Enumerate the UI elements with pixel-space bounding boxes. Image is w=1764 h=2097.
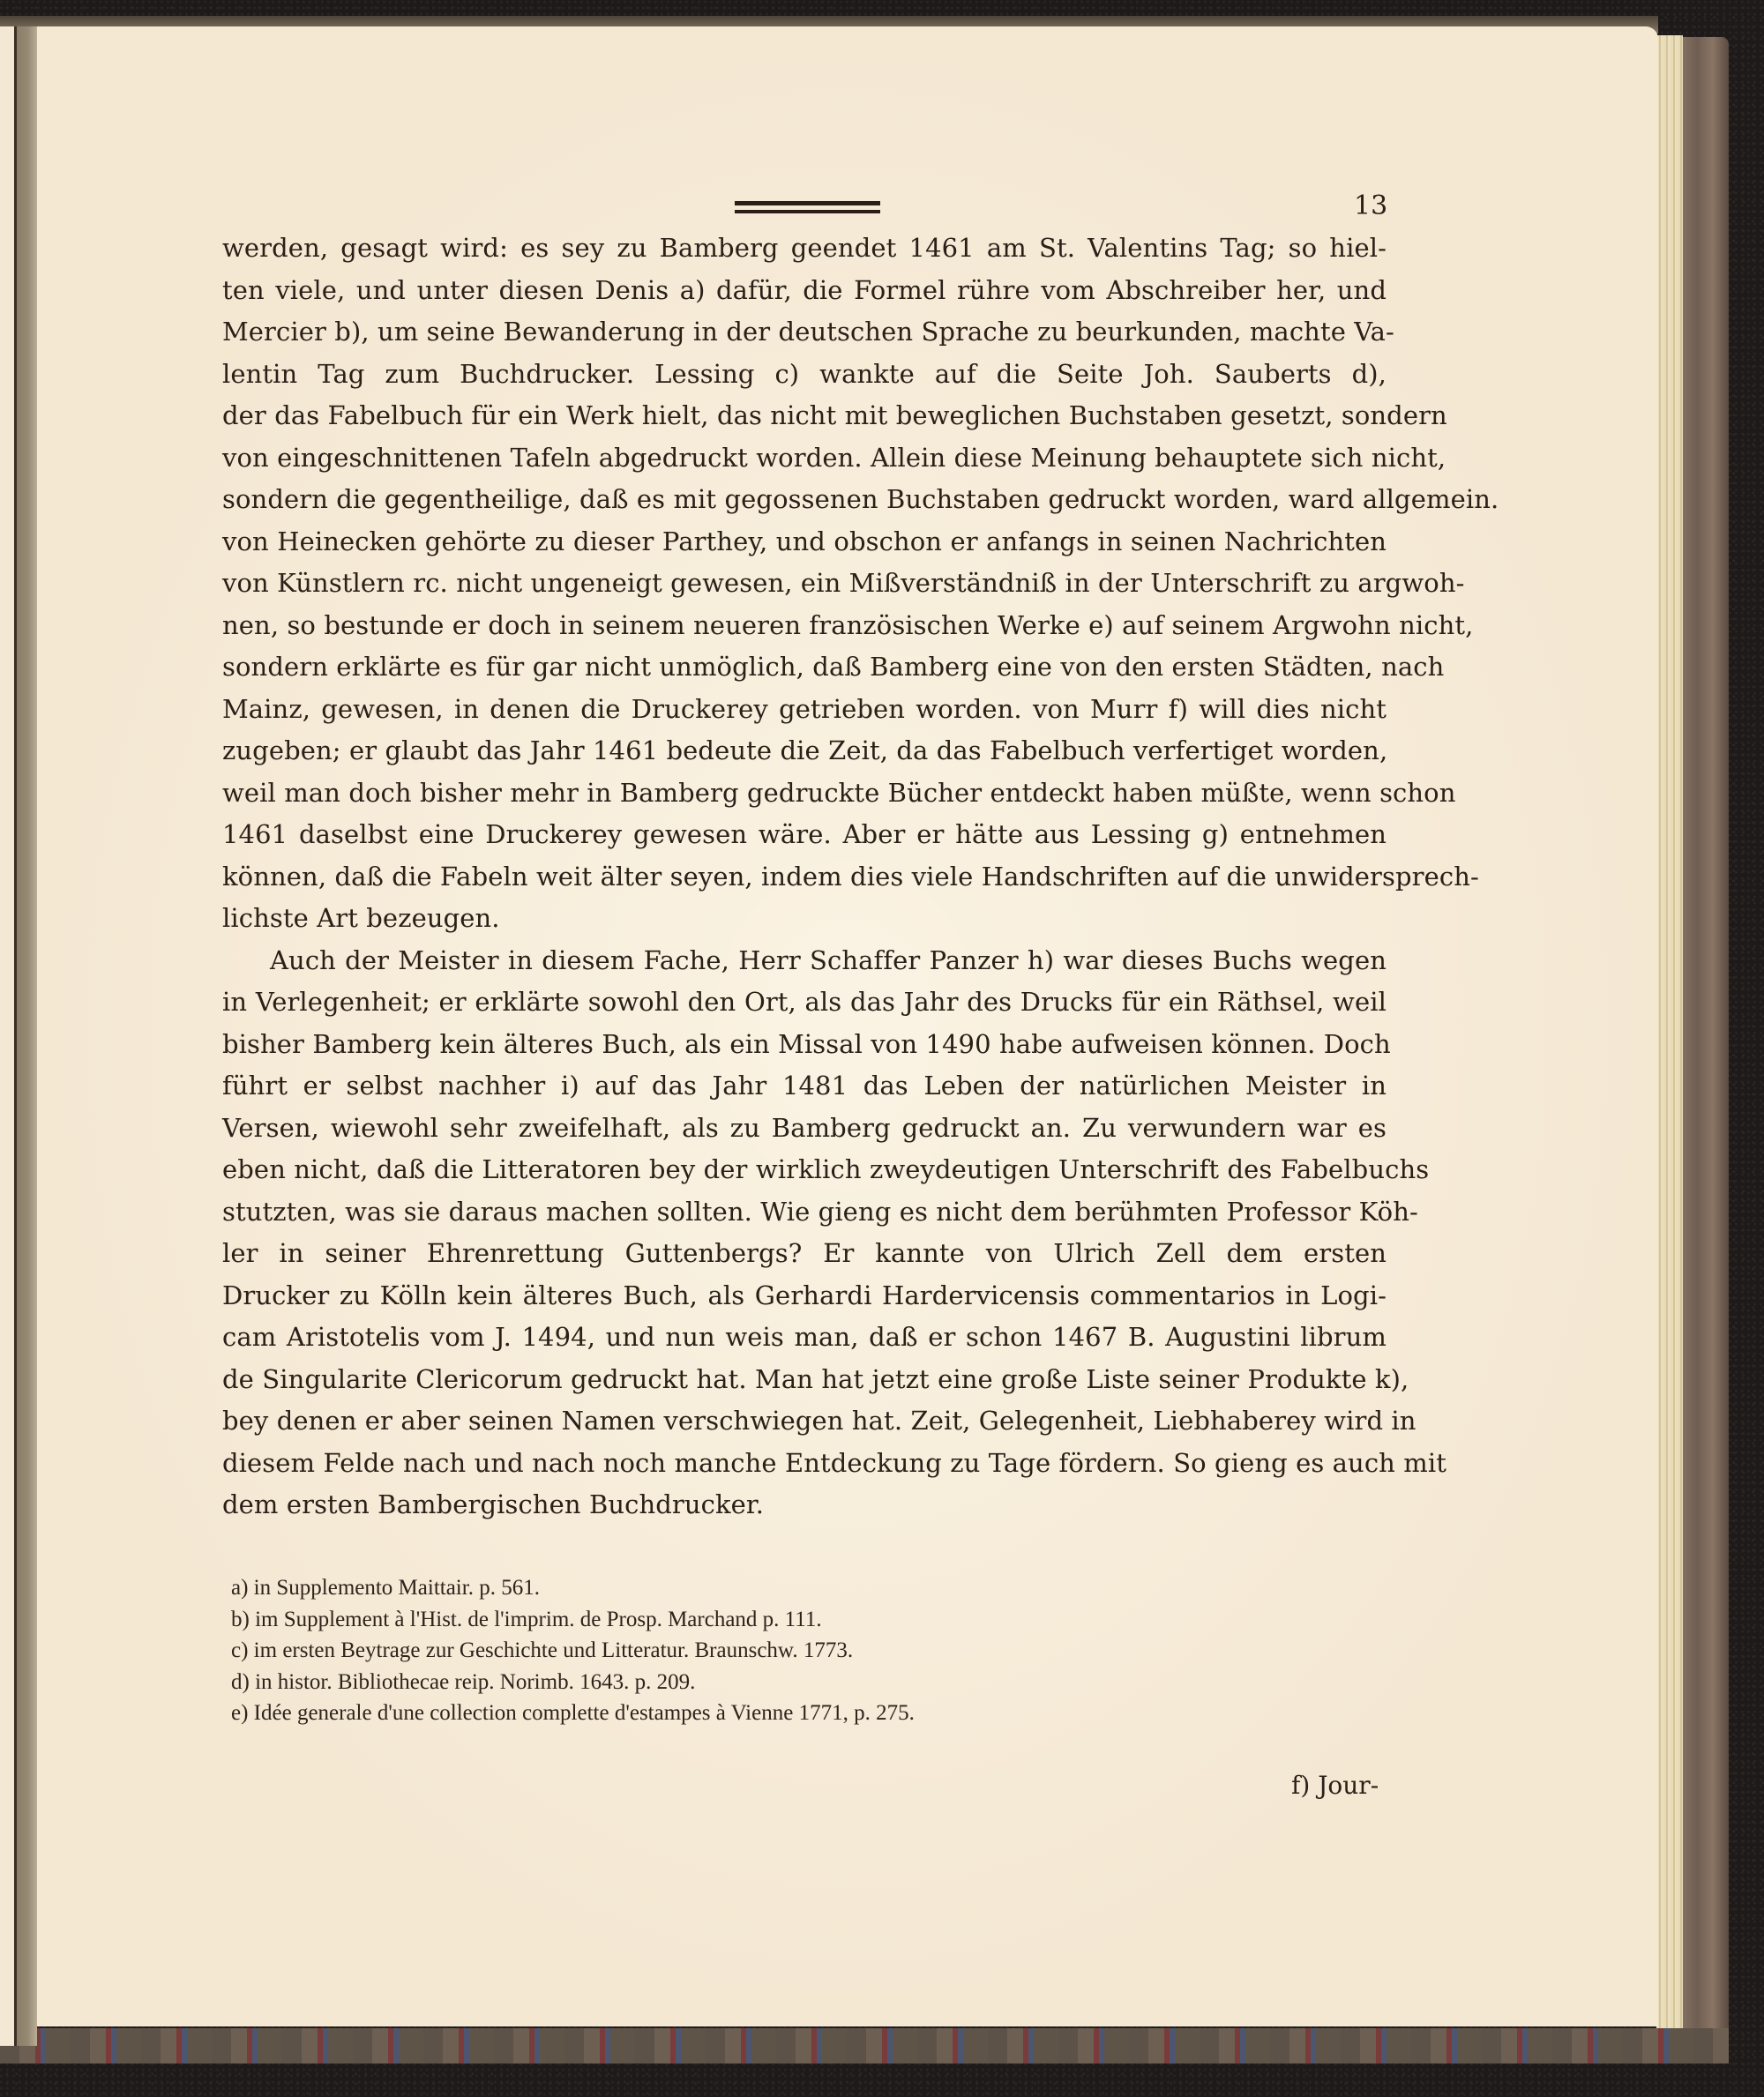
body-line: de Singularite Clericorum gedruckt hat. … [222,1359,1387,1401]
body-line: Versen, wiewohl sehr zweifelhaft, als zu… [222,1108,1387,1150]
body-line: bey denen er aber seinen Namen verschwie… [222,1400,1387,1443]
body-line: Drucker zu Kölln kein älteres Buch, als … [222,1275,1387,1317]
body-line: cam Aristotelis vom J. 1494, und nun wei… [222,1317,1387,1359]
body-line: Mainz, gewesen, in denen die Druckerey g… [222,689,1387,731]
body-line: werden, gesagt wird: es sey zu Bamberg g… [222,228,1387,270]
body-line: ten viele, und unter diesen Denis a) daf… [222,270,1387,312]
body-line: in Verlegenheit; er erklärte sowohl den … [222,981,1387,1024]
body-line: weil man doch bisher mehr in Bamberg ged… [222,772,1387,815]
body-line: diesem Felde nach und nach noch manche E… [222,1443,1387,1485]
body-line: sondern erklärte es für gar nicht unmögl… [222,646,1387,689]
catchword: f) Jour- [1291,1771,1379,1800]
body-line: von eingeschnittenen Tafeln abgedruckt w… [222,437,1387,480]
body-line: eben nicht, daß die Litteratoren bey der… [222,1149,1387,1191]
body-line-paragraph-start: Auch der Meister in diesem Fache, Herr S… [222,940,1387,982]
body-line: 1461 daselbst eine Druckerey gewesen wär… [222,814,1387,856]
body-line: führt er selbst nachher i) auf das Jahr … [222,1065,1387,1108]
body-line: bisher Bamberg kein älteres Buch, als ei… [222,1024,1387,1066]
footnote-d: d) in histor. Bibliothecae reip. Norimb.… [231,1667,1395,1698]
body-line: der das Fabelbuch für ein Werk hielt, da… [222,395,1387,437]
body-line: ler in seiner Ehrenrettung Guttenbergs? … [222,1233,1387,1275]
body-line: stutzten, was sie daraus machen sollten.… [222,1191,1387,1234]
footnote-c: c) im ersten Beytrage zur Geschichte und… [231,1635,1395,1667]
body-line: von Heinecken gehörte zu dieser Parthey,… [222,521,1387,563]
footnotes: a) in Supplemento Maittair. p. 561. b) i… [231,1572,1395,1729]
facing-page-edge [0,26,14,2046]
book-bottom-edge [0,2028,1729,2063]
footnote-a: a) in Supplemento Maittair. p. 561. [231,1572,1395,1604]
footnote-e: e) Idée generale d'une collection comple… [231,1698,1395,1729]
body-line: zugeben; er glaubt das Jahr 1461 bedeute… [222,730,1387,772]
body-line: von Künstlern rc. nicht ungeneigt gewese… [222,563,1387,605]
page-number: 13 [1354,190,1387,221]
body-line: Mercier b), um seine Bewanderung in der … [222,311,1387,354]
book-cover-edge [1676,37,1729,2056]
body-line: dem ersten Bambergischen Buchdrucker. [222,1484,1387,1526]
book-gutter [14,26,37,2046]
page-fore-edge [1656,35,1683,2050]
body-line: können, daß die Fabeln weit älter seyen,… [222,856,1387,899]
body-line: sondern die gegentheilige, daß es mit ge… [222,479,1387,521]
footnote-b: b) im Supplement à l'Hist. de l'imprim. … [231,1604,1395,1636]
header-ornament-rule [735,201,880,213]
body-line: nen, so bestunde er doch in seinem neuer… [222,605,1387,647]
body-text: werden, gesagt wird: es sey zu Bamberg g… [222,228,1387,1526]
body-line: lentin Tag zum Buchdrucker. Lessing c) w… [222,354,1387,396]
body-line: lichste Art bezeugen. [222,898,1387,940]
